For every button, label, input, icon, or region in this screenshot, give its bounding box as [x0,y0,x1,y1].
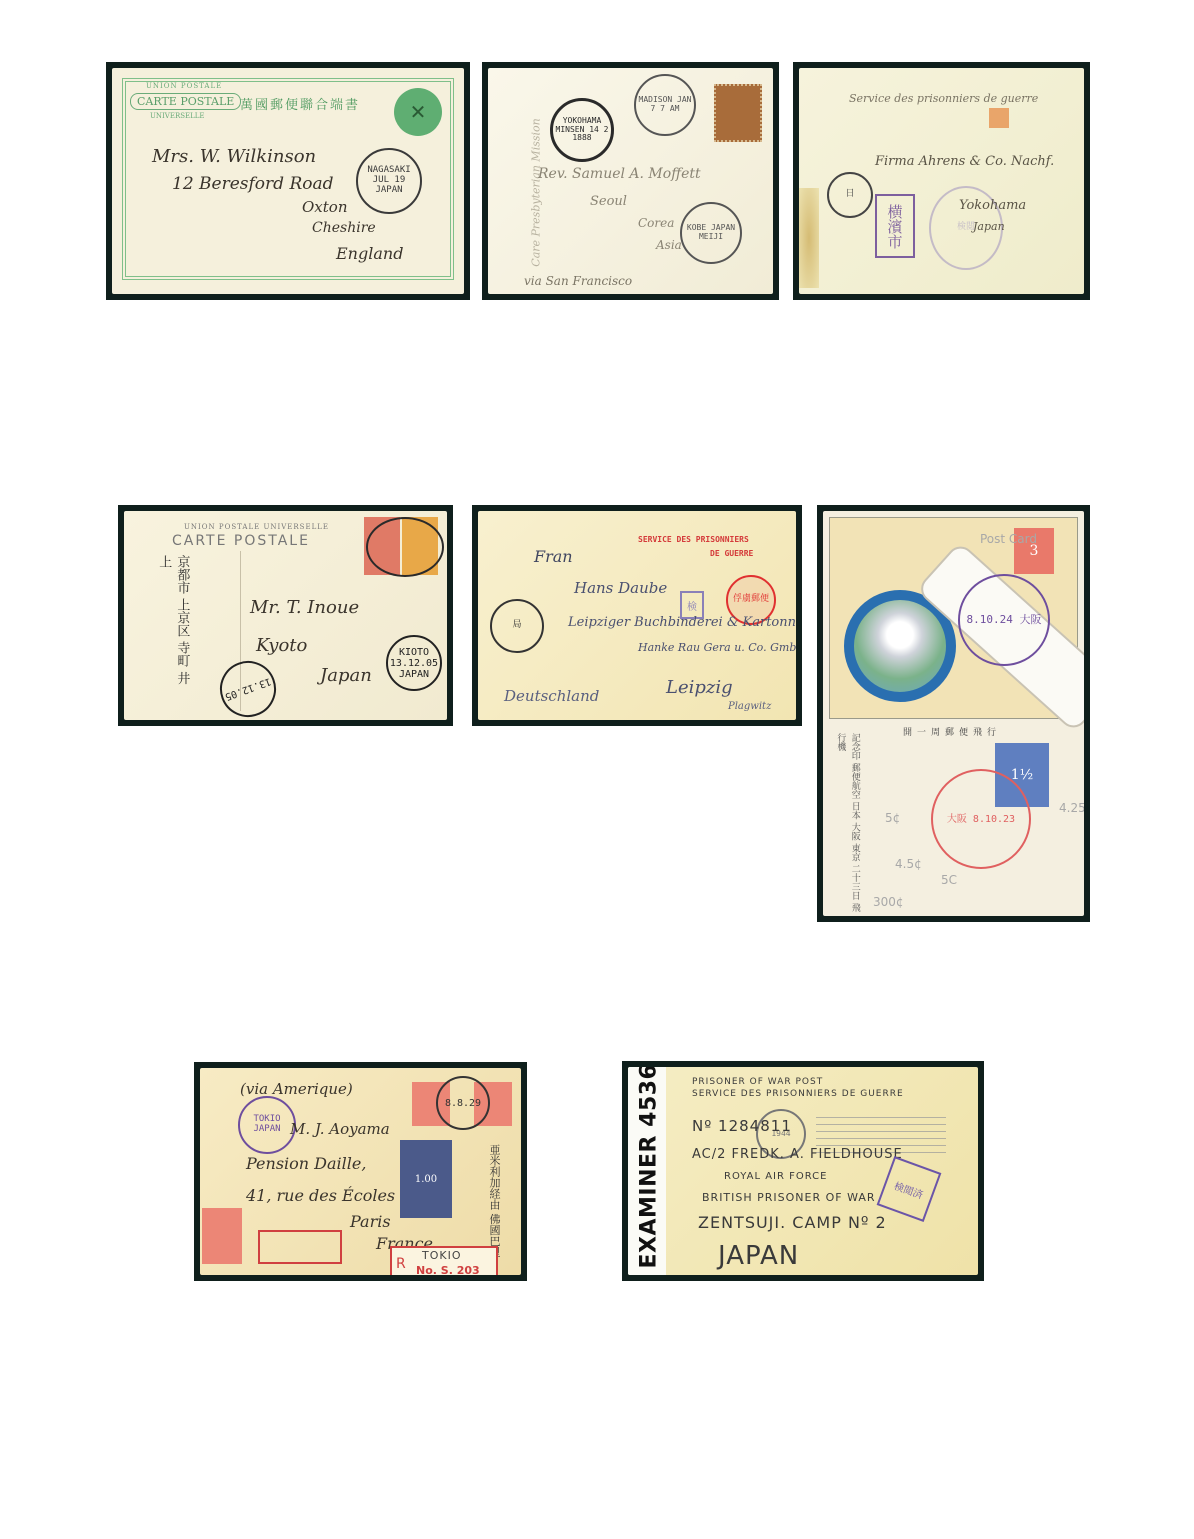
address-line: Japan [320,665,372,686]
address-line: Firma Ahrens & Co. Nachf. [875,154,1054,169]
upu-header: UNION POSTALE UNIVERSELLE [184,523,329,531]
address-line: BRITISH PRISONER OF WAR [702,1191,876,1204]
address-line: Seoul [590,194,627,209]
red-header: DE GUERRE [710,549,753,558]
pow-cover-zentsuji: EXAMINER 4536 1944 PRISONER OF WAR POST … [622,1061,984,1281]
madison-postmark: MADISON JAN 7 7 AM [634,74,696,136]
registration-label: R TOKIO No. S. 203 [390,1246,498,1275]
address-line: Mr. T. Inoue [250,597,359,618]
address-line: Nº 1284811 [692,1117,792,1135]
kioto-postmark: KIOTO 13.12.05 JAPAN [386,635,442,691]
address-line: England [336,244,403,263]
caption: 開一周郵便飛行 [903,725,1001,738]
routing-note: (via Amerique) [240,1080,353,1098]
universelle-label: UNIVERSELLE [150,112,205,120]
carte-postale-label: CARTE POSTALE [130,93,241,110]
registration-number: No. S. 203 [416,1264,480,1275]
address-line: Rev. Samuel A. Moffett [538,166,701,182]
address-line: Kyoto [256,635,307,656]
address-line: ZENTSUJI. CAMP Nº 2 [698,1213,887,1232]
postmark: 日 [827,172,873,218]
vertical-text: 記念印 郵便航空 日本 大阪 東京 二十三日 飛行機 [833,733,862,913]
examiner-label: EXAMINER 4536 [637,1079,662,1269]
imprinted-stamp-icon: ✕ [394,88,442,136]
japanese-header: 萬國郵便聯合端書 [240,94,360,113]
address-line: Yokohama [959,198,1026,213]
postmark: 13.12.05 [212,653,284,720]
blue-dove-stamp-icon: 1.00 [400,1140,452,1218]
pencil-mark: 5¢ [885,811,900,825]
pencil-mark: 300¢ [873,895,904,909]
address-line: M. J. Aoyama [290,1120,390,1138]
purple-postmark: TOKIO JAPAN [238,1096,296,1154]
address-line: Mrs. W. Wilkinson [152,146,316,167]
address-line: Deutschland [504,687,599,705]
address-line: Japan [973,220,1005,233]
address-line: Asia [656,238,682,252]
domestic-registration-label [258,1230,342,1264]
address-line: AC/2 FREDK. A. FIELDHOUSE [692,1147,903,1162]
address-line: Plagwitz [728,701,771,712]
purple-postmark: 8.10.24 大阪 [958,574,1050,666]
pencil-note: Post Card [980,532,1037,546]
pencil-mark: 5C [941,873,957,887]
oval-cancel [366,517,444,577]
stain [799,188,819,288]
address-line: JAPAN [718,1241,799,1271]
address-line: via San Francisco [524,274,632,288]
upu-header: UNION POSTALE [146,82,222,90]
address-line: Oxton [302,198,347,216]
red-stamp-icon [202,1208,242,1264]
address-line: Leipzig [666,677,733,698]
pencil-mark: 4.25 [1059,801,1084,815]
address-line: Corea [638,216,674,230]
carte-postale-label: CARTE POSTALE [172,533,310,549]
cover-madison-seoul: Care Presbyterian Mission MADISON JAN 7 … [482,62,779,300]
registration-city: TOKIO [422,1249,462,1262]
red-header: SERVICE DES PRISONNIERS [638,535,749,544]
address-line: Paris [350,1212,391,1231]
address-line: Hans Daube [574,579,667,597]
pencil-mark: 4.5¢ [895,857,922,871]
red-postmark: 大阪 8.10.23 [931,769,1031,869]
sender-kanji: 京都市 上京区 寺町 井上 [154,555,190,685]
nagasaki-postmark: NAGASAKI JUL 19 JAPAN [356,148,422,214]
address-line: Leipziger Buchbinderei & Kartonnagen [568,615,796,630]
airmail-commemorative-card: 3 8.10.24 大阪 Post Card 開一周郵便飛行 記念印 郵便航空 … [817,505,1090,922]
pow-cover-leipzig: SERVICE DES PRISONNIERS DE GUERRE 俘虜郵便 局… [472,505,802,726]
address-line: Cheshire [312,220,376,236]
address-line: Hanke Rau Gera u. Co. GmbH [638,641,796,654]
yokohama-postmark: YOKOHAMA MINSEN 14 2 1888 [550,98,614,162]
address-line: 12 Beresford Road [172,174,334,194]
kobe-postmark: KOBE JAPAN MEIJI [680,202,742,264]
side-note: Care Presbyterian Mission [530,118,543,266]
black-postmark: 局 [490,599,544,653]
address-line: ROYAL AIR FORCE [724,1171,828,1182]
black-postmark: 8.8.29 [436,1076,490,1130]
registered-cover-tokio: (via Amerique) TOKIO JAPAN 8.8.29 1.00 M… [194,1062,527,1281]
illustration-panel: 3 8.10.24 大阪 Post Card [829,517,1078,719]
brown-stamp-icon [714,84,762,142]
address-line: PRISONER OF WAR POST [692,1077,823,1087]
pow-cover-yokohama: Service des prisonniers de guerre 日 横濱市 … [793,62,1090,300]
address-line: 41, rue des Écoles [246,1186,395,1205]
postal-card-nagasaki: UNION POSTALE CARTE POSTALE UNIVERSELLE … [106,62,470,300]
pow-header: Service des prisonniers de guerre [849,92,1038,105]
yokohama-box-stamp: 横濱市 [875,194,915,258]
address-line: Pension Daille, [246,1154,366,1173]
address-line: SERVICE DES PRISONNIERS DE GUERRE [692,1089,904,1099]
sender-line: Fran [534,547,573,566]
registration-r: R [396,1256,406,1272]
red-seal-icon [989,108,1009,128]
postcard-kyoto: UNION POSTALE UNIVERSELLE CARTE POSTALE … [118,505,453,726]
